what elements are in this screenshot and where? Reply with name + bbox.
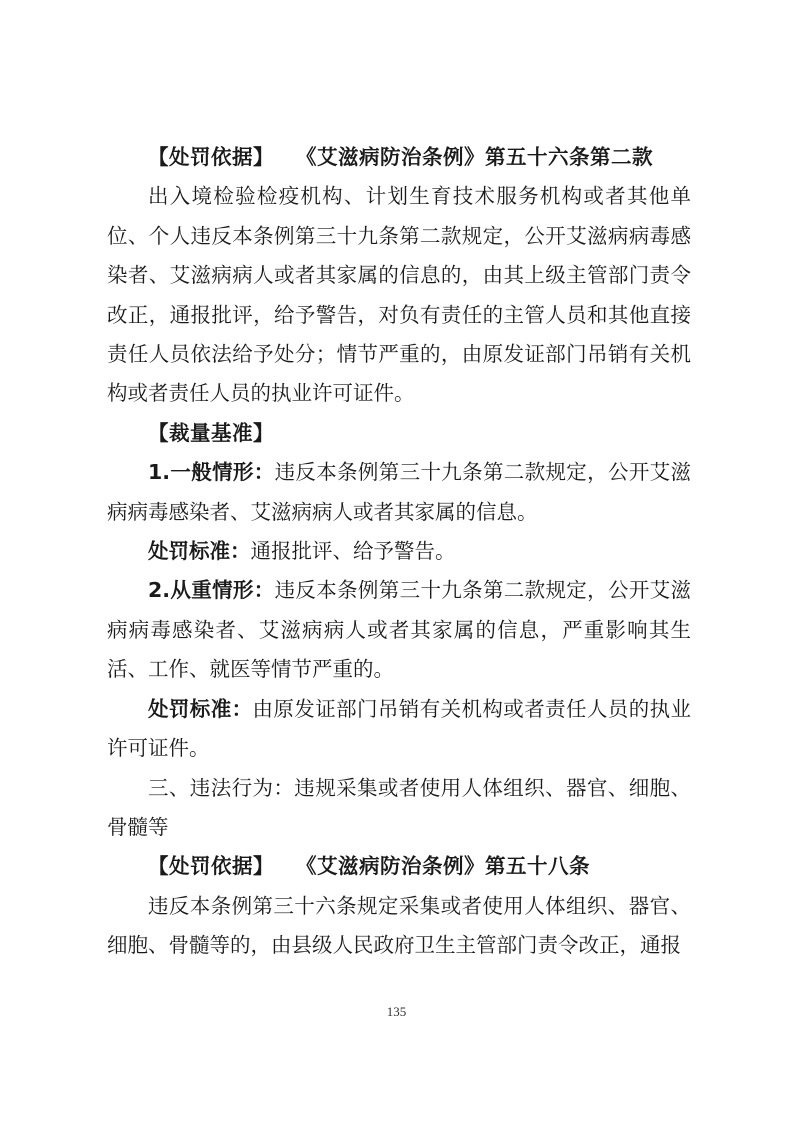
penalty-basis-reference: 《艾滋病防治条例》第五十六条第二款: [296, 145, 653, 169]
penalty-basis-reference: 《艾滋病防治条例》第五十八条: [296, 854, 590, 878]
case-general-penalty: 处罚标准：通报批评、给予警告。: [107, 532, 691, 571]
page-number: 135: [0, 1004, 793, 1020]
case-aggravated: 2.从重情形：违反本条例第三十九条第二款规定，公开艾滋病病毒感染者、艾滋病病人或…: [107, 571, 691, 689]
case-aggravated-penalty: 处罚标准：由原发证部门吊销有关机构或者责任人员的执业许可证件。: [107, 690, 691, 769]
penalty-basis-label: 【处罚依据】: [148, 145, 274, 169]
case-aggravated-label: 2.从重情形：: [148, 578, 275, 602]
penalty-basis-text-2: 违反本条例第三十六条规定采集或者使用人体组织、器官、细胞、骨髓等的，由县级人民政…: [107, 887, 691, 966]
case-general-label: 1.一般情形：: [148, 460, 275, 484]
penalty-basis-text-1: 出入境检验检疫机构、计划生育技术服务机构或者其他单位、个人违反本条例第三十九条第…: [107, 177, 691, 413]
penalty-standard-label: 处罚标准：: [148, 697, 253, 721]
penalty-basis-heading-1: 【处罚依据】《艾滋病防治条例》第五十六条第二款: [107, 138, 691, 177]
case-general: 1.一般情形：违反本条例第三十九条第二款规定，公开艾滋病病毒感染者、艾滋病病人或…: [107, 453, 691, 532]
violation-section-title: 三、违法行为：违规采集或者使用人体组织、器官、细胞、骨髓等: [107, 769, 691, 848]
penalty-basis-label: 【处罚依据】: [148, 854, 274, 878]
penalty-basis-heading-2: 【处罚依据】《艾滋病防治条例》第五十八条: [107, 847, 691, 886]
penalty-standard-text: 通报批评、给予警告。: [251, 539, 456, 563]
penalty-standard-label: 处罚标准：: [148, 539, 251, 563]
document-page: 【处罚依据】《艾滋病防治条例》第五十六条第二款 出入境检验检疫机构、计划生育技术…: [107, 138, 691, 966]
discretion-standard-heading: 【裁量基准】: [107, 414, 691, 453]
